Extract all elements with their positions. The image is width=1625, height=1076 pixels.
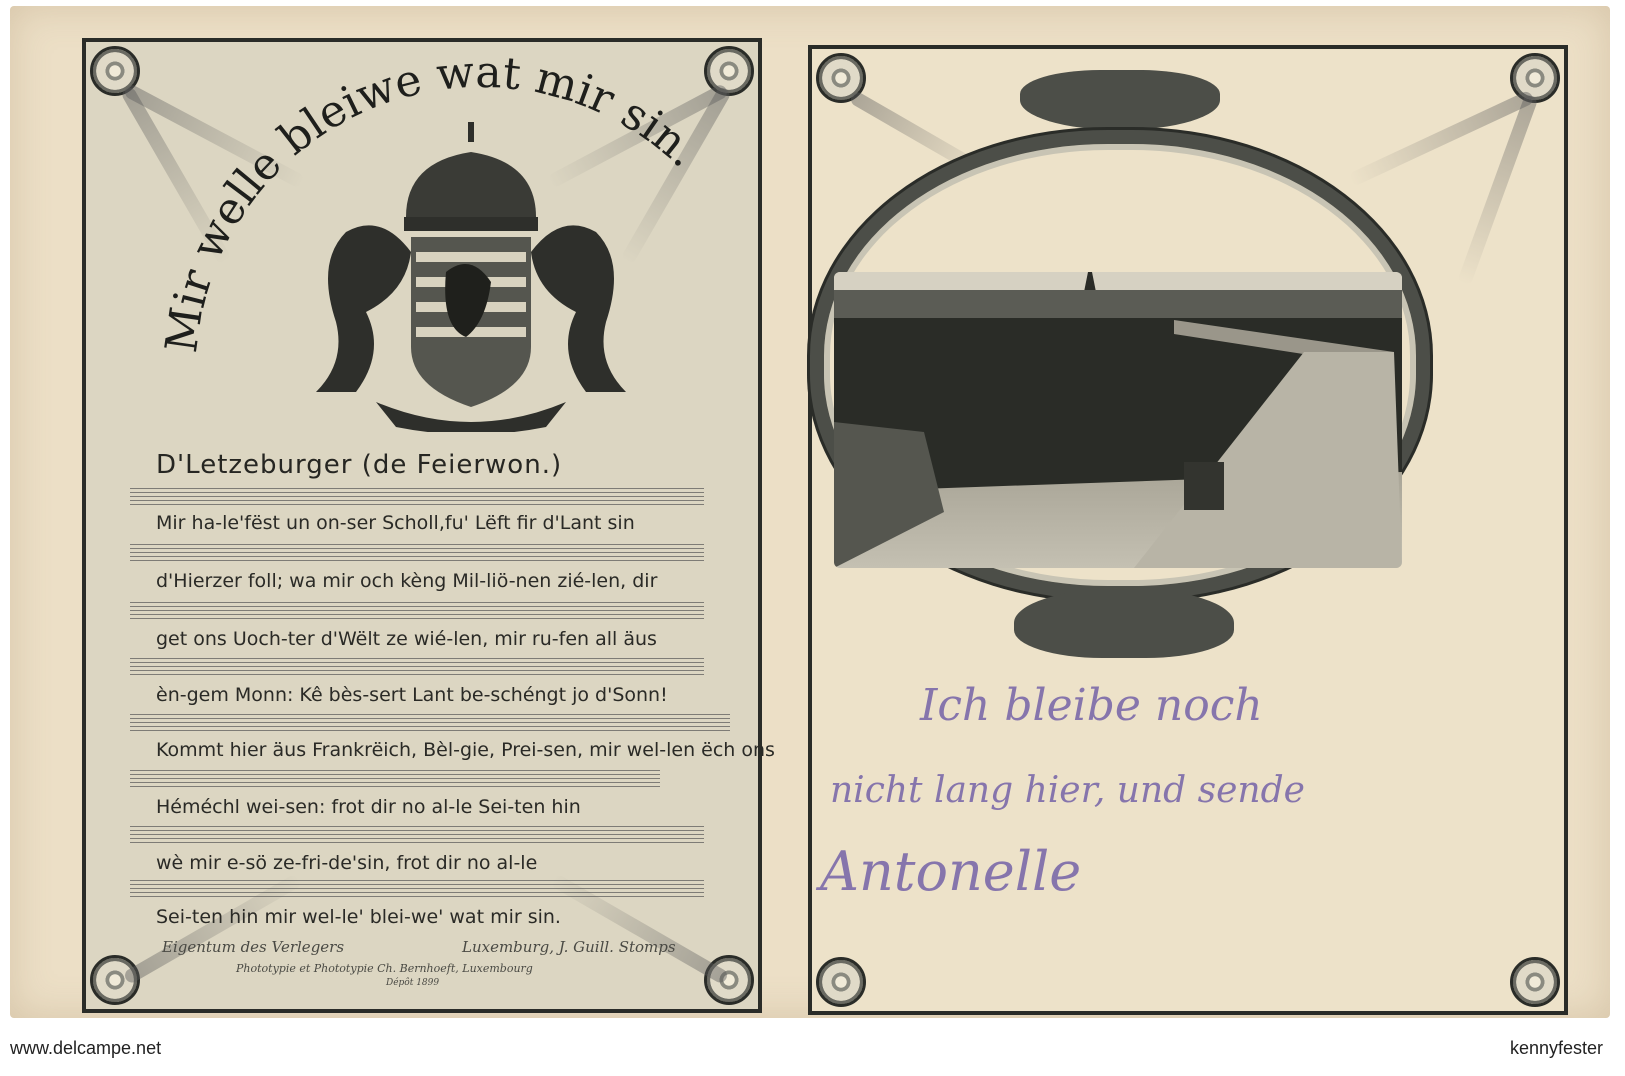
handwritten-line-2: nicht lang hier, und sende (830, 770, 1305, 811)
city-view-photo (834, 272, 1402, 568)
lyric-line: èn-gem Monn: Kê bès-sert Lant be-schéngt… (156, 684, 668, 706)
lyric-line: wè mir e-sö ze-fri-de'sin, frot dir no a… (156, 852, 537, 874)
music-staff (130, 602, 704, 620)
music-staff (130, 658, 704, 676)
music-staff (130, 880, 704, 898)
song-panel: Mir welle bleiwe wat mir sin. D'Letzebur… (82, 38, 762, 1013)
lyric-line: d'Hierzer foll; wa mir och kèng Mil-liö-… (156, 570, 657, 592)
handwritten-signature: Antonelle (820, 840, 1081, 903)
imprint-publisher-left: Eigentum des Verlegers (162, 938, 344, 956)
imprint-publisher-right: Luxemburg, J. Guill. Stomps (462, 938, 676, 956)
watermark-site: www.delcampe.net (10, 1038, 161, 1059)
music-staff (130, 544, 704, 562)
rosette-ornament-icon (816, 957, 866, 1007)
rosette-ornament-icon (1510, 957, 1560, 1007)
handwritten-line-1: Ich bleibe noch (920, 680, 1263, 731)
music-staff (130, 714, 730, 732)
music-staff (130, 826, 704, 844)
bottom-scroll-ornament-icon (1014, 588, 1234, 658)
watermark-seller: kennyfester (1510, 1038, 1603, 1059)
lyric-line: Mir ha-le'fëst un on-ser Scholl,fu' Lëft… (156, 512, 635, 534)
lyric-line: Héméchl wei-sen: frot dir no al-le Sei-t… (156, 796, 581, 818)
lyric-line: get ons Uoch-ter d'Wëlt ze wié-len, mir … (156, 628, 657, 650)
lyric-line: Sei-ten hin mir wel-le' blei-we' wat mir… (156, 906, 561, 928)
lyric-line: Kommt hier äus Frankrëich, Bèl-gie, Prei… (156, 739, 775, 761)
imprint-depot: Dépôt 1899 (386, 978, 439, 988)
imprint-printer: Phototypie et Phototypie Ch. Bernhoeft, … (236, 962, 533, 975)
watermark-bar: www.delcampe.net kennyfester (0, 1020, 1625, 1076)
song-title: D'Letzeburger (de Feierwon.) (156, 450, 562, 480)
top-scroll-ornament-icon (1020, 70, 1220, 130)
music-staff (130, 770, 660, 788)
music-staff (130, 488, 704, 506)
viaduct-landscape-icon (834, 272, 1402, 568)
coat-of-arms-icon (286, 122, 656, 432)
